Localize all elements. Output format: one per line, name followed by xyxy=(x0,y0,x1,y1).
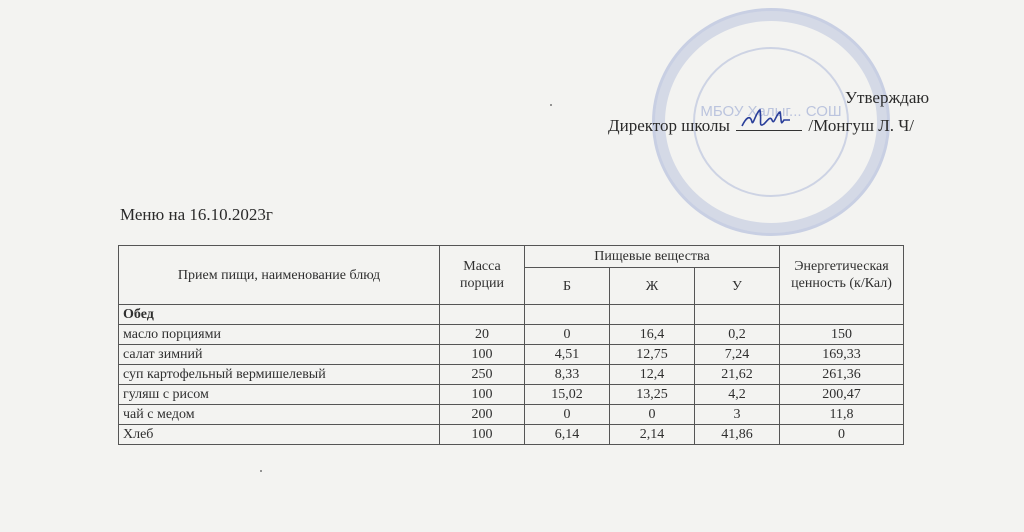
dish-energy: 0 xyxy=(780,425,904,445)
dish-name: Хлеб xyxy=(119,425,440,445)
section-label: Обед xyxy=(119,305,440,325)
dish-energy: 261,36 xyxy=(780,365,904,385)
header-name: Прием пищи, наименование блюд xyxy=(119,246,440,305)
dish-carbs: 3 xyxy=(695,405,780,425)
dish-mass: 100 xyxy=(440,425,525,445)
dish-protein: 6,14 xyxy=(525,425,610,445)
dish-mass: 250 xyxy=(440,365,525,385)
header-nutrients: Пищевые вещества xyxy=(525,246,780,268)
dish-mass: 20 xyxy=(440,325,525,345)
director-name: /Монгуш Л. Ч/ xyxy=(808,116,914,135)
dish-protein: 15,02 xyxy=(525,385,610,405)
menu-table: Прием пищи, наименование блюд Масса порц… xyxy=(118,245,904,445)
dish-carbs: 0,2 xyxy=(695,325,780,345)
dish-carbs: 21,62 xyxy=(695,365,780,385)
dish-name: чай с медом xyxy=(119,405,440,425)
dish-protein: 4,51 xyxy=(525,345,610,365)
director-prefix: Директор школы xyxy=(608,116,730,135)
dish-energy: 150 xyxy=(780,325,904,345)
dish-energy: 200,47 xyxy=(780,385,904,405)
table-row: салат зимний 100 4,51 12,75 7,24 169,33 xyxy=(119,345,904,365)
director-line: Директор школы /Монгуш Л. Ч/ xyxy=(608,116,914,136)
dish-energy: 11,8 xyxy=(780,405,904,425)
header-fat: Ж xyxy=(610,268,695,305)
dish-mass: 100 xyxy=(440,345,525,365)
dish-fat: 12,4 xyxy=(610,365,695,385)
signature-icon xyxy=(740,108,800,132)
dish-energy: 169,33 xyxy=(780,345,904,365)
dish-name: салат зимний xyxy=(119,345,440,365)
table-row: суп картофельный вермишелевый 250 8,33 1… xyxy=(119,365,904,385)
header-energy: Энергетическая ценность (к/Кал) xyxy=(780,246,904,305)
dish-name: масло порциями xyxy=(119,325,440,345)
header-mass: Масса порции xyxy=(440,246,525,305)
dish-fat: 2,14 xyxy=(610,425,695,445)
dish-carbs: 41,86 xyxy=(695,425,780,445)
dish-fat: 13,25 xyxy=(610,385,695,405)
signature xyxy=(736,116,802,131)
table-row: Хлеб 100 6,14 2,14 41,86 0 xyxy=(119,425,904,445)
table-row: гуляш с рисом 100 15,02 13,25 4,2 200,47 xyxy=(119,385,904,405)
dish-name: суп картофельный вермишелевый xyxy=(119,365,440,385)
page-title: Меню на 16.10.2023г xyxy=(120,205,273,225)
header-carbs: У xyxy=(695,268,780,305)
approval-label: Утверждаю xyxy=(845,88,929,108)
scan-speck xyxy=(260,470,262,472)
scan-speck xyxy=(550,104,552,106)
dish-name: гуляш с рисом xyxy=(119,385,440,405)
header-protein: Б xyxy=(525,268,610,305)
dish-carbs: 4,2 xyxy=(695,385,780,405)
dish-mass: 200 xyxy=(440,405,525,425)
table-row: чай с медом 200 0 0 3 11,8 xyxy=(119,405,904,425)
dish-fat: 16,4 xyxy=(610,325,695,345)
dish-protein: 8,33 xyxy=(525,365,610,385)
dish-carbs: 7,24 xyxy=(695,345,780,365)
dish-protein: 0 xyxy=(525,405,610,425)
dish-mass: 100 xyxy=(440,385,525,405)
section-row: Обед xyxy=(119,305,904,325)
table-row: масло порциями 20 0 16,4 0,2 150 xyxy=(119,325,904,345)
dish-protein: 0 xyxy=(525,325,610,345)
dish-fat: 12,75 xyxy=(610,345,695,365)
dish-fat: 0 xyxy=(610,405,695,425)
